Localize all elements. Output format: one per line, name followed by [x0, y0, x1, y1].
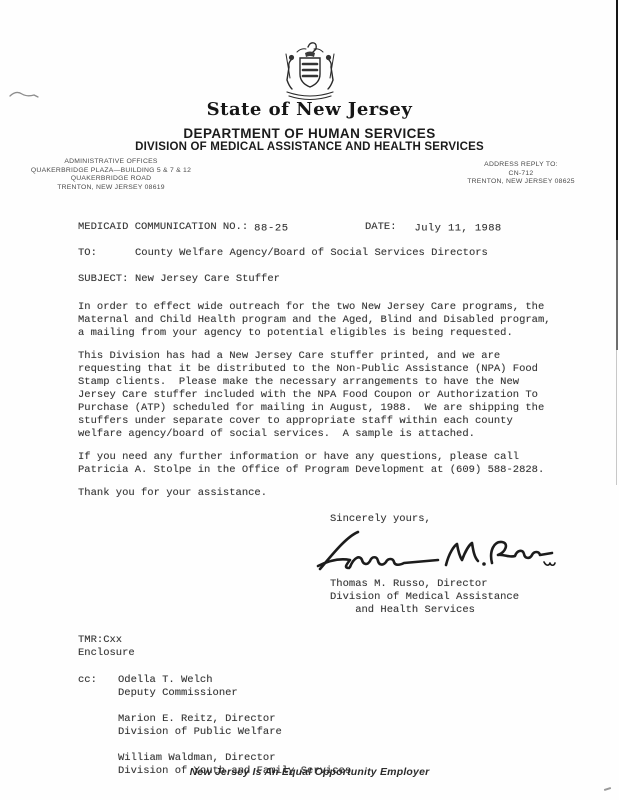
scan-edge-line-artifact	[616, 240, 618, 350]
reference-initials: TMR:Cxx	[78, 634, 552, 647]
communication-number-label: MEDICAID COMMUNICATION NO.:	[78, 221, 248, 233]
cc-title: Division of Public Welfare	[118, 726, 351, 739]
cc-title: Deputy Commissioner	[118, 687, 351, 700]
cc-name: William Waldman, Director	[118, 752, 351, 765]
subject-value: New Jersey Care Stuffer	[135, 273, 280, 286]
enclosure-note: Enclosure	[78, 647, 552, 660]
paragraph-1: In order to effect wide outreach for the…	[78, 301, 552, 340]
cc-entry: Odella T. Welch Deputy Commissioner	[118, 674, 351, 700]
to-label: TO:	[78, 247, 135, 260]
thanks-line: Thank you for your assistance.	[78, 487, 552, 500]
letter-body: MEDICAID COMMUNICATION NO.:88-25DATE:Jul…	[78, 221, 552, 778]
communication-number-value: 88-25	[254, 223, 289, 236]
date-row: DATE:July 11, 1988	[365, 221, 502, 234]
communication-number-row: MEDICAID COMMUNICATION NO.:88-25DATE:Jul…	[78, 221, 552, 234]
paragraph-2: This Division has had a New Jersey Care …	[78, 350, 552, 441]
signer-name-and-title: Thomas M. Russo, Director Division of Me…	[330, 578, 552, 617]
subject-label: SUBJECT:	[78, 273, 135, 286]
scanned-letter-page: State of New Jersey DEPARTMENT OF HUMAN …	[0, 0, 619, 800]
date-label: DATE:	[365, 221, 397, 233]
reply-address: ADDRESS REPLY TO: CN-712 TRENTON, NEW JE…	[431, 161, 611, 187]
scan-edge-line-artifact	[616, 350, 617, 485]
cc-list: Odella T. Welch Deputy Commissioner Mari…	[118, 674, 351, 778]
paragraph-3: If you need any further information or h…	[78, 451, 552, 477]
administrative-offices-address: ADMINISTRATIVE OFFICES QUAKERBRIDGE PLAZ…	[6, 158, 216, 192]
cc-name: Marion E. Reitz, Director	[118, 713, 351, 726]
state-title: State of New Jersey	[0, 99, 619, 120]
reference-block: TMR:Cxx Enclosure	[78, 634, 552, 660]
to-row: TO: County Welfare Agency/Board of Socia…	[78, 247, 552, 260]
division-name: DIVISION OF MEDICAL ASSISTANCE AND HEALT…	[0, 141, 619, 153]
scan-speck-artifact	[604, 787, 611, 791]
cc-name: Odella T. Welch	[118, 674, 351, 687]
to-value: County Welfare Agency/Board of Social Se…	[135, 247, 488, 260]
equal-opportunity-footer: New Jersey Is An Equal Opportunity Emplo…	[0, 766, 619, 778]
handwritten-signature-icon	[316, 529, 552, 578]
scan-edge-line-artifact	[616, 0, 618, 240]
nj-state-seal-icon	[0, 40, 619, 107]
cc-label: cc:	[78, 674, 118, 778]
date-value: July 11, 1988	[415, 223, 502, 236]
closing-line: Sincerely yours,	[330, 513, 552, 526]
department-name: DEPARTMENT OF HUMAN SERVICES	[0, 126, 619, 141]
subject-row: SUBJECT: New Jersey Care Stuffer	[78, 273, 552, 286]
closing-block: Sincerely yours, Thomas M. Russo, Direct…	[330, 513, 552, 617]
cc-block: cc: Odella T. Welch Deputy Commissioner …	[78, 674, 552, 778]
cc-entry: Marion E. Reitz, Director Division of Pu…	[118, 713, 351, 739]
